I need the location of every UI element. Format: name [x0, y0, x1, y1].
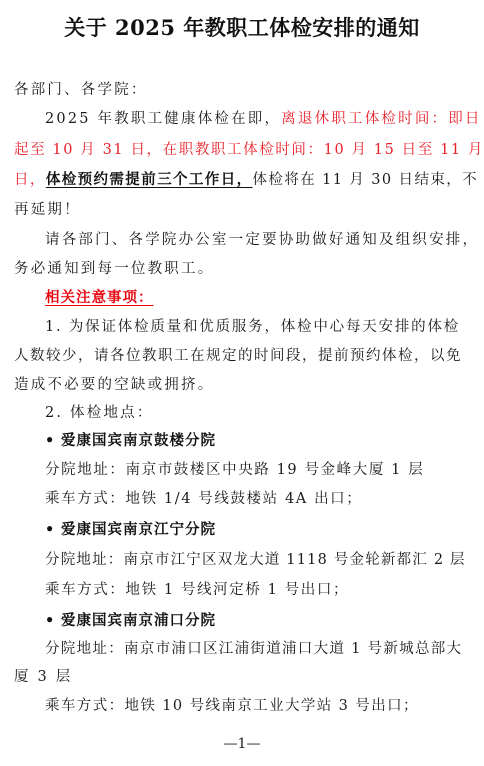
location-name: 爱康国宾南京浦口分院 [61, 612, 216, 629]
para1-line4: 再延期！ [14, 200, 476, 220]
note1-line2: 人数较少，请各位教职工在规定的时间段，提前预约体检，以免 [14, 346, 476, 366]
note2-label: 2. 体检地点： [45, 403, 484, 423]
para1-line3: 日，体检预约需提前三个工作日，体检将在 11 月 30 日结束，不 [14, 170, 476, 190]
location-2-name: •爱康国宾南京江宁分院 [45, 520, 484, 540]
location-3-transit: 乘车方式：地铁 10 号线南京工业大学站 3 号出口； [45, 696, 484, 716]
document-title: 关于 2025 年教职工体检安排的通知 [0, 12, 484, 42]
location-2-address: 分院地址：南京市江宁区双龙大道 1118 号金轮新都汇 2 层 [45, 550, 484, 570]
bullet-icon: • [45, 431, 61, 451]
location-1-address: 分院地址：南京市鼓楼区中央路 19 号金峰大厦 1 层 [45, 460, 484, 480]
location-3-name: •爱康国宾南京浦口分院 [45, 611, 484, 631]
bullet-icon: • [45, 520, 61, 540]
notes-heading: 相关注意事项： [45, 288, 484, 308]
note1-line3: 造成不必要的空缺或拥挤。 [14, 375, 476, 395]
end-date-notice: 体检将在 11 月 30 日结束，不 [253, 172, 479, 188]
retiree-time-label: 离退休职工体检时间：即日 [281, 111, 481, 127]
para1-intro: 2025 年教职工健康体检在即， [45, 111, 281, 127]
salutation: 各部门、各学院： [14, 80, 476, 100]
para2-line1: 请各部门、各学院办公室一定要协助做好通知及组织安排， [45, 230, 484, 250]
bullet-icon: • [45, 611, 61, 631]
location-name: 爱康国宾南京江宁分院 [61, 521, 216, 538]
location-1-name: •爱康国宾南京鼓楼分院 [45, 431, 484, 451]
location-name: 爱康国宾南京鼓楼分院 [61, 432, 216, 449]
note1-line1: 1. 为保证体检质量和优质服务，体检中心每天安排的体检 [45, 317, 484, 337]
location-2-transit: 乘车方式：地铁 1 号线河定桥 1 号出口； [45, 580, 484, 600]
page-number: —1— [0, 736, 484, 752]
location-1-transit: 乘车方式：地铁 1/4 号线鼓楼站 4A 出口； [45, 489, 484, 509]
para1-line2: 起至 10 月 31 日，在职教职工体检时间：10 月 15 日至 11 月 3… [14, 140, 476, 160]
para1-line1: 2025 年教职工健康体检在即，离退休职工体检时间：即日 [45, 109, 484, 129]
location-3-address-line2: 厦 3 层 [14, 667, 476, 687]
booking-notice: 体检预约需提前三个工作日， [46, 171, 253, 188]
location-3-address-line1: 分院地址：南京市浦口区江浦街道浦口大道 1 号新城总部大 [45, 639, 484, 659]
para1-line3-red: 日， [14, 172, 46, 188]
para2-line2: 务必通知到每一位教职工。 [14, 259, 476, 279]
